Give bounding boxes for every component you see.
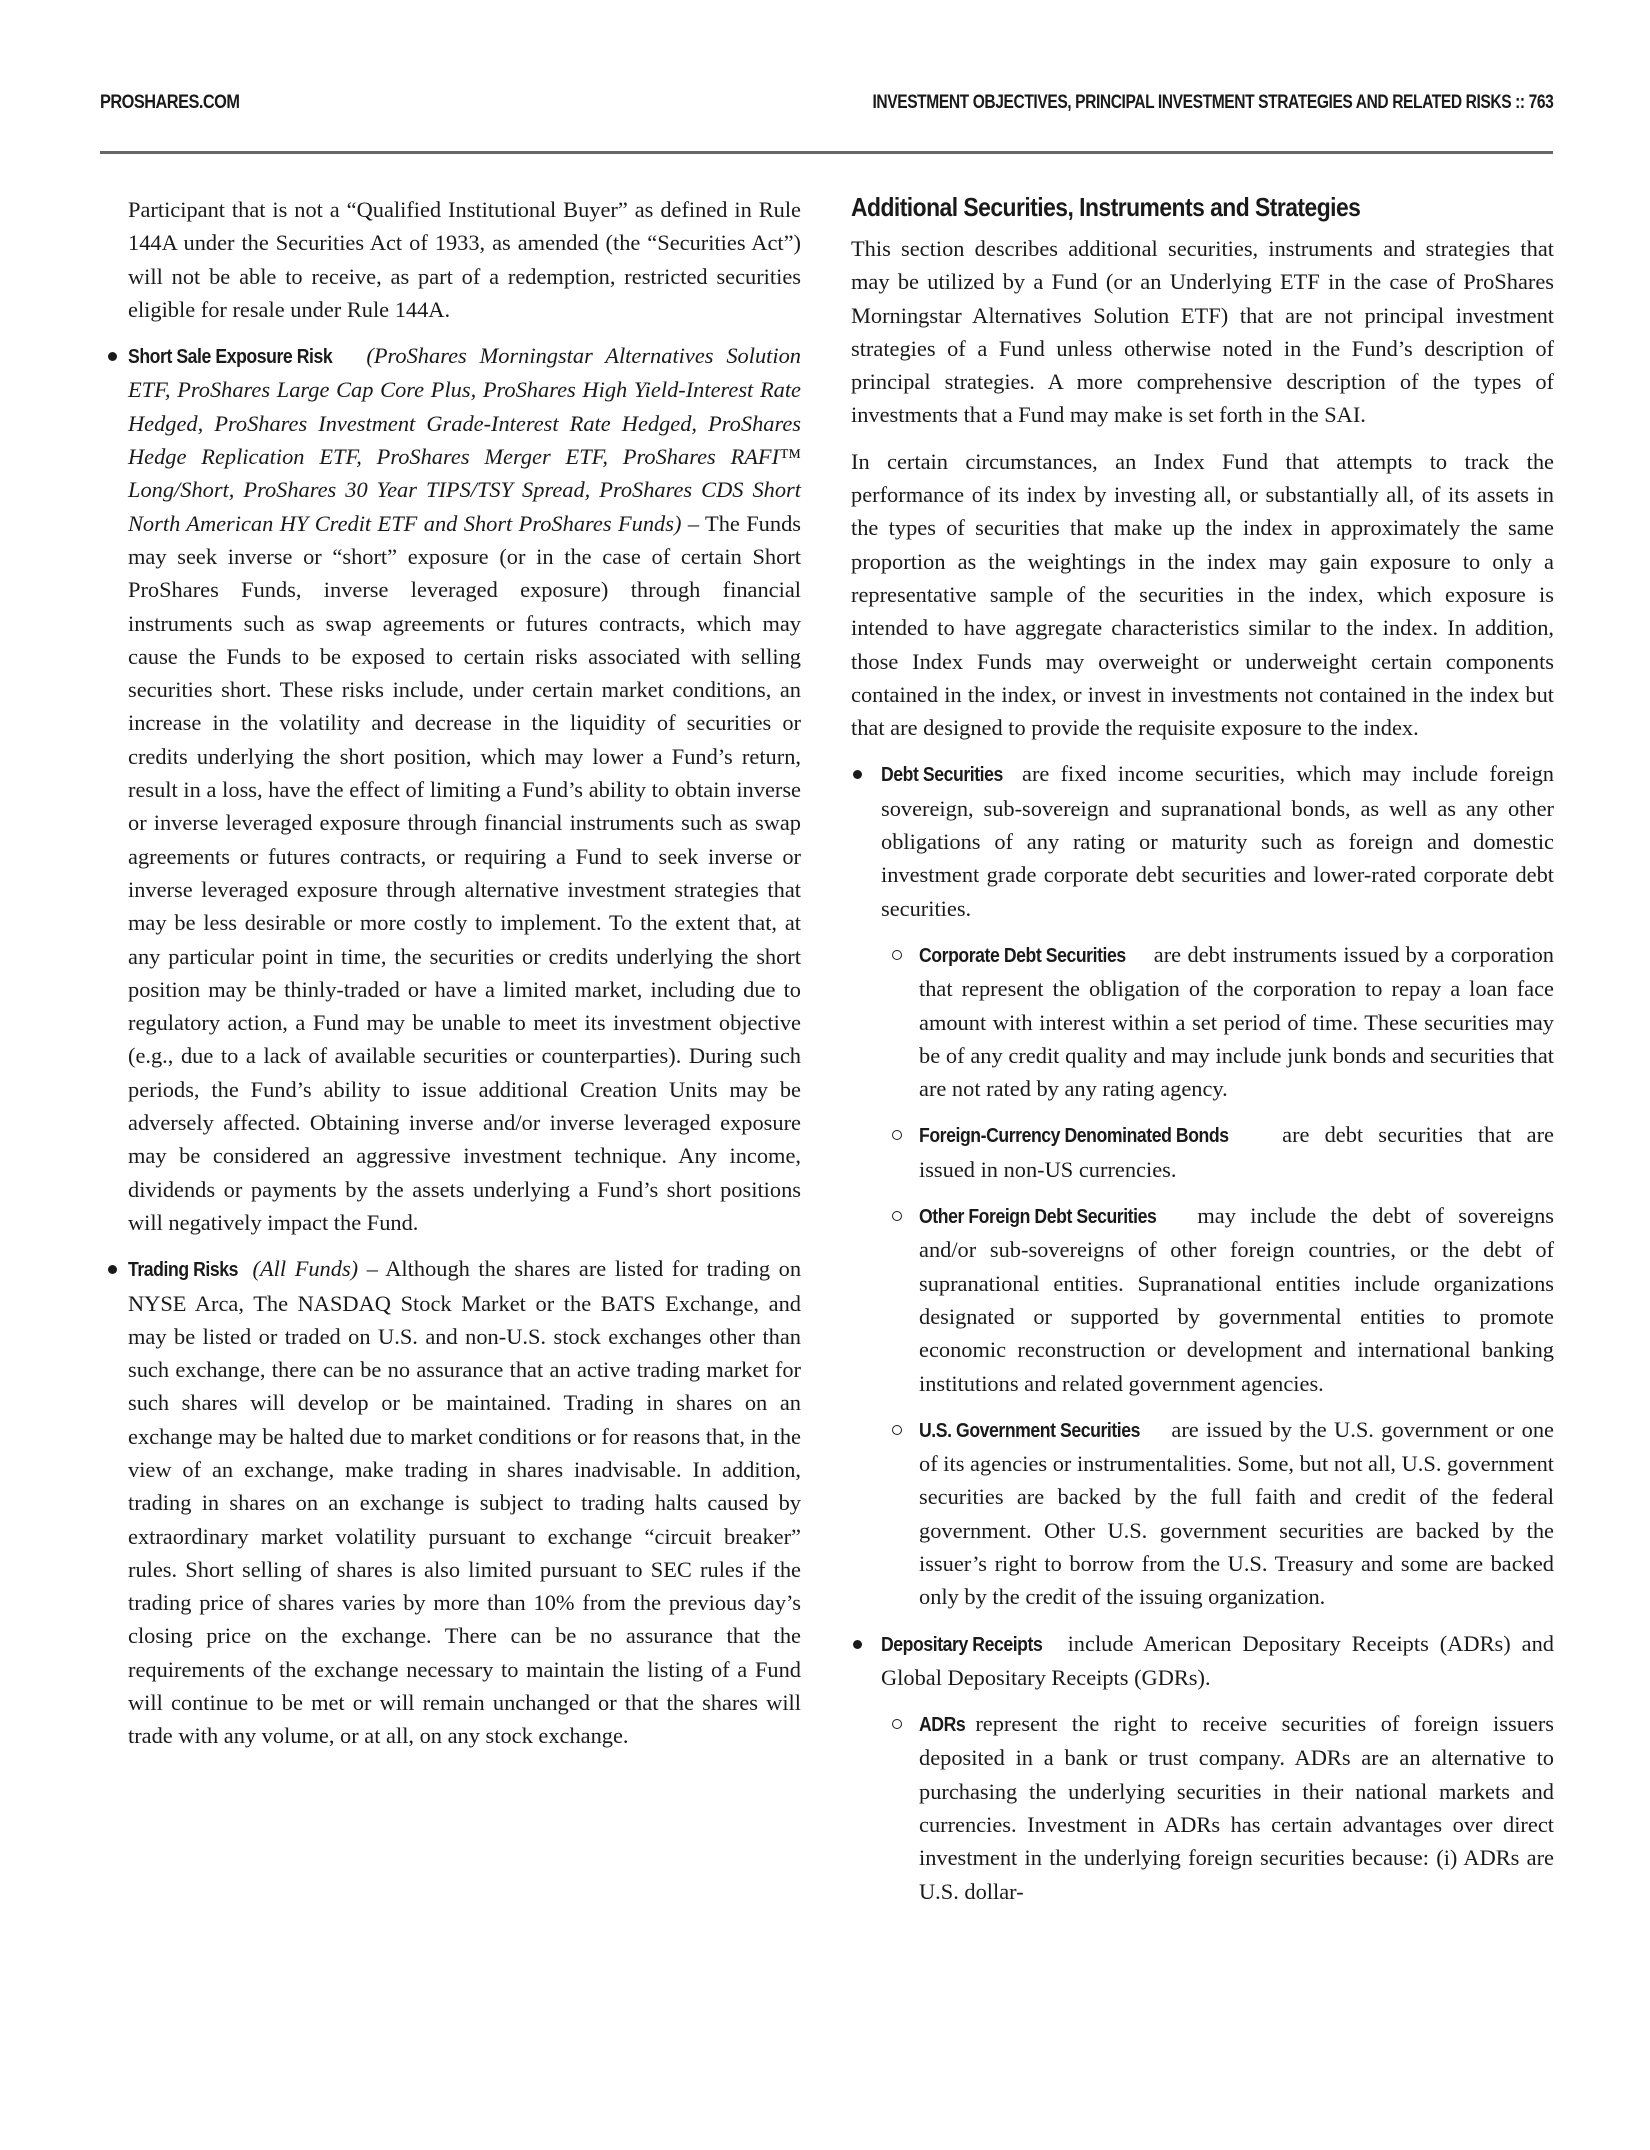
subitem-body: represent the right to receive securitie… [919,1711,1554,1903]
subitem-title: Corporate Debt Securities [919,939,1126,972]
em-dash: – [358,1256,385,1281]
continuation-paragraph: Participant that is not a “Qualified Ins… [128,193,801,326]
site-name: PROSHARES.COM [100,92,239,114]
risk-body: The Funds may seek inverse or “short” ex… [128,511,801,1235]
bullet-icon [853,1640,862,1649]
subitem-title: U.S. Government Securities [919,1414,1140,1447]
bullet-icon [853,770,862,779]
sub-bullet-icon [892,1211,902,1221]
sub-bullet-icon [892,1719,902,1729]
bullet-icon [108,1265,117,1274]
item-depositary-receipts: Depositary Receipts include American Dep… [851,1627,1554,1695]
sub-bullet-icon [892,950,902,960]
subitem-corporate-debt: Corporate Debt Securities are debt instr… [851,938,1554,1105]
item-title: Debt Securities [881,758,1003,791]
em-dash: – [681,511,705,536]
subitem-title: Foreign-Currency Denominated Bonds [919,1119,1229,1152]
risk-title: Trading Risks [128,1253,238,1286]
risk-applies-to: (All Funds) [253,1256,359,1281]
item-title: Depositary Receipts [881,1628,1042,1661]
sub-bullet-icon [892,1425,902,1435]
right-column: Additional Securities, Instruments and S… [851,190,1554,1921]
index-fund-paragraph: In certain circumstances, an Index Fund … [851,445,1554,745]
sub-bullet-icon [892,1130,902,1140]
title-separator: :: [1515,92,1525,113]
risk-item-short-sale: Short Sale Exposure Risk (ProShares Morn… [128,339,801,1239]
section-heading: Additional Securities, Instruments and S… [851,190,1470,224]
page-number: 763 [1528,92,1553,113]
subitem-title: ADRs [919,1708,965,1741]
subitem-us-government: U.S. Government Securities are issued by… [851,1413,1554,1614]
header-divider [100,151,1553,154]
risk-title: Short Sale Exposure Risk [128,340,332,373]
intro-paragraph: This section describes additional securi… [851,232,1554,432]
bullet-icon [108,352,117,361]
risk-item-trading: Trading Risks (All Funds) – Although the… [128,1252,801,1752]
running-title: INVESTMENT OBJECTIVES, PRINCIPAL INVESTM… [872,92,1553,114]
subitem-adrs: ADRs represent the right to receive secu… [851,1707,1554,1908]
subitem-title: Other Foreign Debt Securities [919,1200,1156,1233]
subitem-foreign-currency-bonds: Foreign-Currency Denominated Bonds are d… [851,1118,1554,1186]
item-debt-securities: Debt Securities are fixed income securit… [851,757,1554,924]
page-header: PROSHARES.COM INVESTMENT OBJECTIVES, PRI… [100,92,1553,114]
subitem-other-foreign-debt: Other Foreign Debt Securities may includ… [851,1199,1554,1400]
section-title: INVESTMENT OBJECTIVES, PRINCIPAL INVESTM… [872,92,1511,113]
risk-body: Although the shares are listed for tradi… [128,1256,801,1748]
left-column: Participant that is not a “Qualified Ins… [128,193,801,1766]
